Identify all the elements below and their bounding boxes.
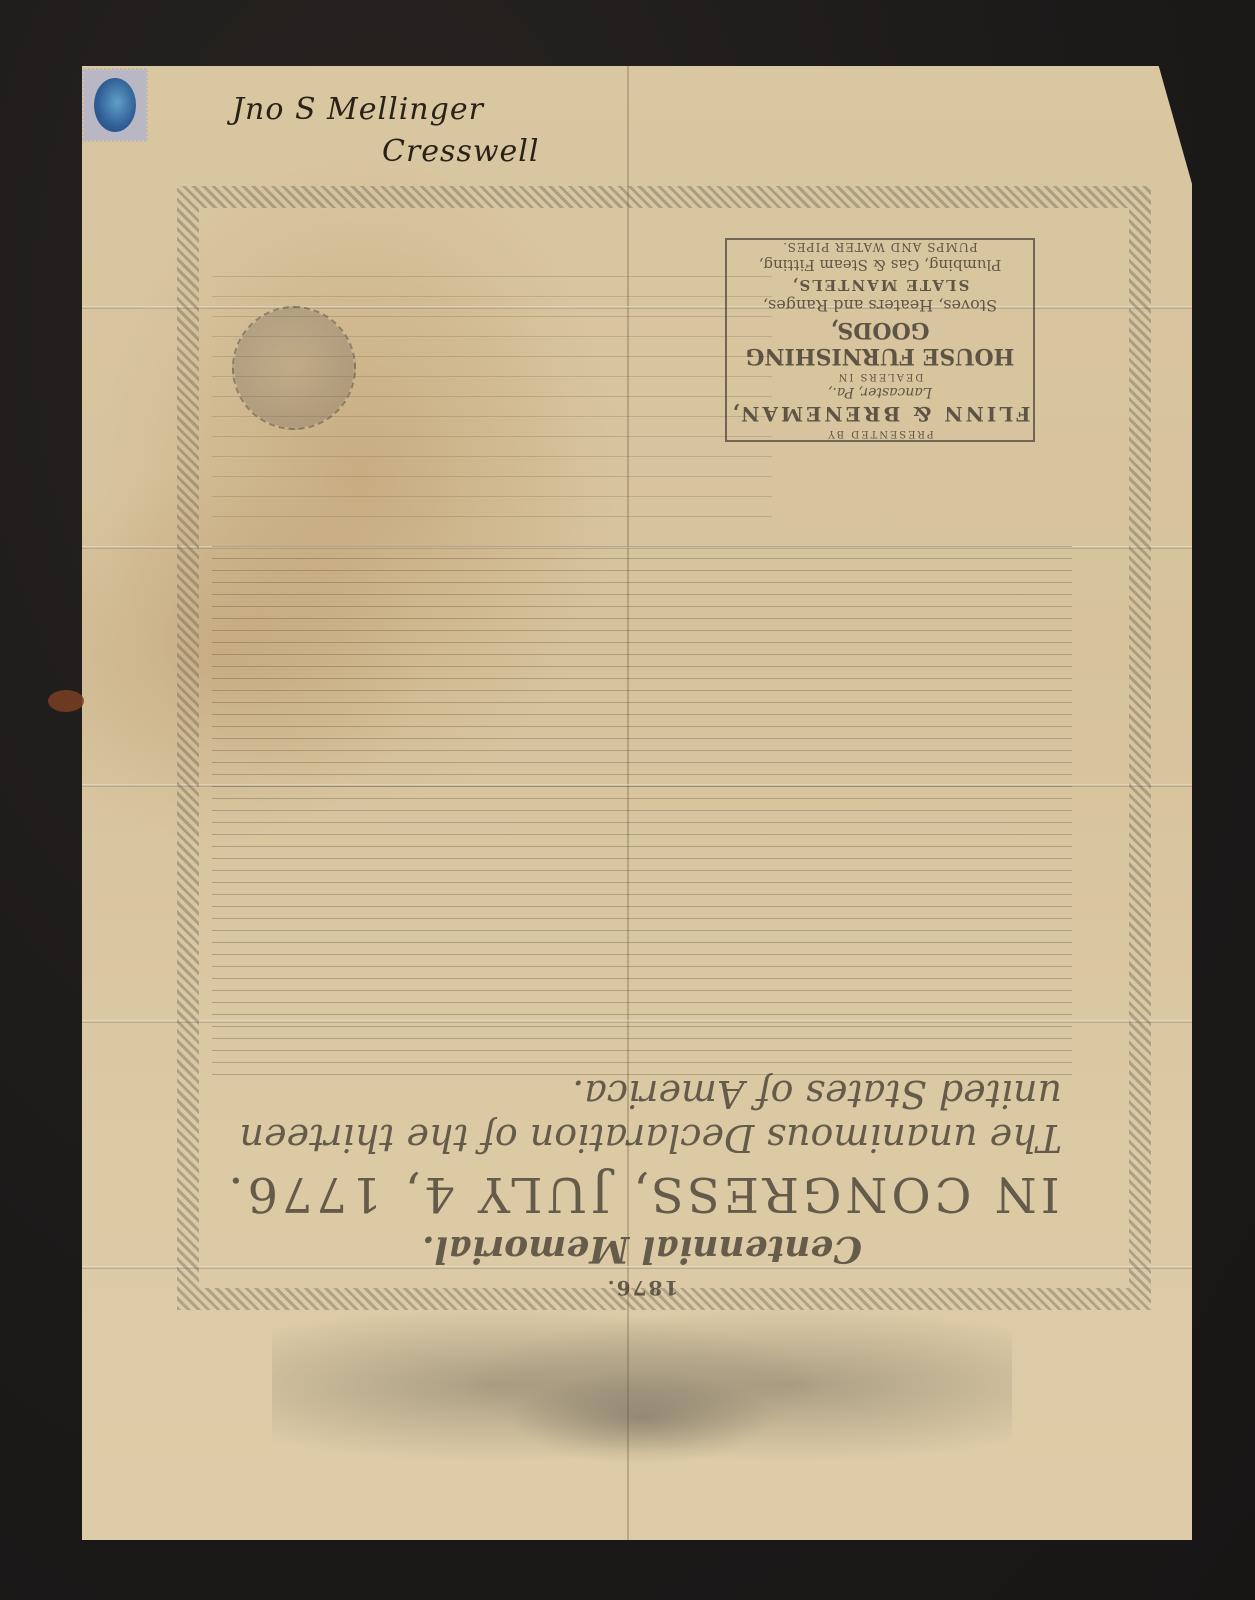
stamp-portrait xyxy=(94,78,136,132)
ad-line: PUMPS AND WATER PIPES. xyxy=(782,241,978,255)
ad-line: Plumbing, Gas & Steam Fitting, xyxy=(759,257,1002,275)
ad-line: DEALERS IN xyxy=(837,372,924,383)
title-memorial: Centennial Memorial. xyxy=(422,1228,862,1270)
postage-stamp-icon xyxy=(82,68,148,142)
handwritten-place: Cresswell xyxy=(382,134,539,169)
document-title: 1876. Centennial Memorial. IN CONGRESS, … xyxy=(222,1086,1062,1286)
ad-line: FLINN & BRENEMAN, xyxy=(729,403,1030,427)
advertisement-box: PRESENTED BY FLINN & BRENEMAN, Lancaster… xyxy=(725,238,1035,442)
title-congress: IN CONGRESS, JULY 4, 1776. xyxy=(224,1166,1059,1222)
title-declaration: The unanimous Declaration of the thirtee… xyxy=(222,1072,1062,1160)
ad-line: PRESENTED BY xyxy=(826,429,933,440)
declaration-body-text xyxy=(212,546,1072,1076)
ad-line: Lancaster, Pa., xyxy=(828,385,932,401)
eagle-flags-engraving-icon xyxy=(272,1286,1012,1506)
ad-line: HOUSE FURNISHING GOODS, xyxy=(727,318,1033,370)
antique-document: Jno S Mellinger Cresswell PRESENTED BY F… xyxy=(82,66,1192,1540)
ad-line: SLATE MANTELS, xyxy=(791,277,970,295)
handwritten-name: Jno S Mellinger xyxy=(232,92,484,127)
seal-icon xyxy=(232,306,356,430)
ad-line: Stoves, Heaters and Ranges, xyxy=(763,297,997,316)
stain-mark xyxy=(48,690,84,712)
